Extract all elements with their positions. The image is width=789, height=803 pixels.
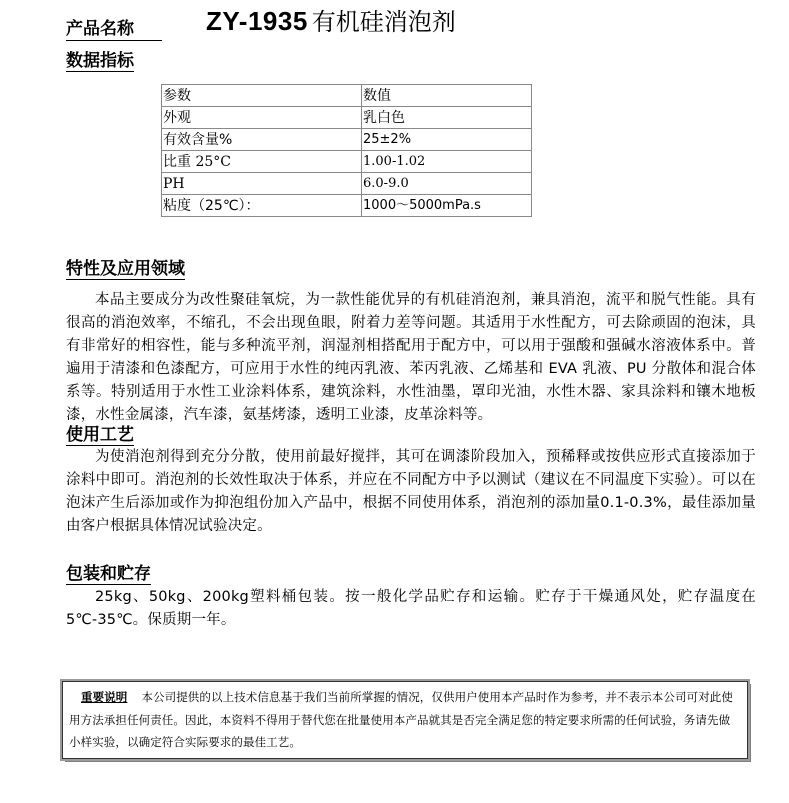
features-paragraph: 本品主要成分为改性聚硅氧烷，为一款性能优异的有机硅消泡剂，兼具消泡，流平和脱气性… xyxy=(66,289,756,427)
product-code: ZY-1935 xyxy=(206,6,308,36)
value-cell: 乳白色 xyxy=(362,107,532,129)
param-cell: 比重 25°C xyxy=(162,151,362,173)
notice-label: 重要说明 xyxy=(81,690,127,704)
usage-section-heading: 使用工艺 xyxy=(66,425,134,446)
table-row: 粘度（25℃）： 1000～5000mPa.s xyxy=(162,195,532,217)
features-section-heading: 特性及应用领域 xyxy=(66,259,185,280)
header-cell-param: 参数 xyxy=(162,85,362,107)
table-row: 比重 25°C 1.00-1.02 xyxy=(162,151,532,173)
important-notice-box: 重要说明本公司提供的以上技术信息基于我们当前所掌握的情况，仅供用户使用本产品时作… xyxy=(62,681,748,759)
table-row: PH 6.0-9.0 xyxy=(162,173,532,195)
table-row: 有效含量% 25±2% xyxy=(162,129,532,151)
spec-section-heading: 数据指标 xyxy=(66,51,134,72)
packaging-paragraph: 25kg、50kg、200kg塑料桶包装。按一般化学品贮存和运输。贮存于干燥通风… xyxy=(66,586,756,632)
product-name: 有机硅消泡剂 xyxy=(312,8,456,36)
usage-paragraph: 为使消泡剂得到充分分散，使用前最好搅拌，其可在调漆阶段加入，预稀释或按供应形式直… xyxy=(66,446,756,538)
param-cell: PH xyxy=(162,173,362,195)
param-cell: 外观 xyxy=(162,107,362,129)
product-name-label: 产品名称 xyxy=(66,14,162,41)
notice-body: 本公司提供的以上技术信息基于我们当前所掌握的情况，仅供用户使用本产品时作为参考，… xyxy=(69,690,733,749)
product-title: ZY-1935有机硅消泡剂 xyxy=(206,6,456,38)
value-cell: 25±2% xyxy=(362,129,532,151)
table-row: 外观 乳白色 xyxy=(162,107,532,129)
notice-text-block: 重要说明本公司提供的以上技术信息基于我们当前所掌握的情况，仅供用户使用本产品时作… xyxy=(69,686,739,754)
header-cell-value: 数值 xyxy=(362,85,532,107)
value-cell: 1.00-1.02 xyxy=(362,151,532,173)
packaging-section-heading: 包装和贮存 xyxy=(66,564,151,585)
table-header-row: 参数 数值 xyxy=(162,85,532,107)
param-cell: 有效含量% xyxy=(162,129,362,151)
value-cell: 6.0-9.0 xyxy=(362,173,532,195)
param-cell: 粘度（25℃）： xyxy=(162,195,362,217)
spec-table: 参数 数值 外观 乳白色 有效含量% 25±2% 比重 25°C 1.00-1.… xyxy=(161,84,532,217)
value-cell: 1000～5000mPa.s xyxy=(362,195,532,217)
